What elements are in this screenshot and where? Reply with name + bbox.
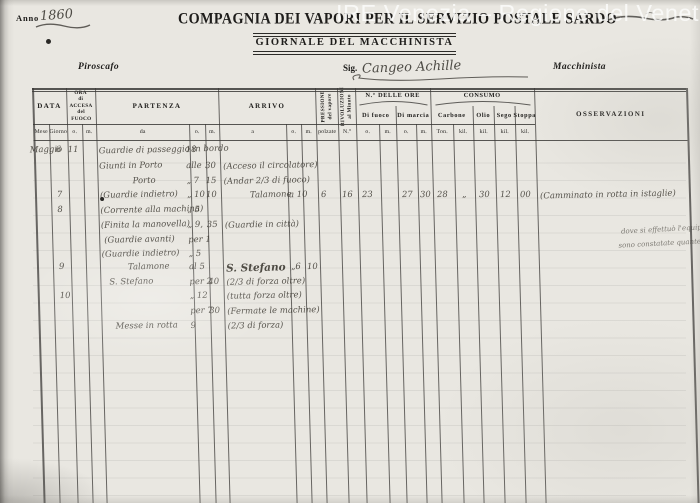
handwritten-entry: Porto	[132, 177, 155, 186]
col-carbone: Carbone	[431, 106, 474, 124]
ink-blot	[100, 197, 104, 201]
col-sego: Sego	[494, 106, 516, 124]
grid-vline	[49, 124, 60, 503]
handwritten-entry: Talamone	[128, 263, 170, 272]
unit-cell: kil.	[515, 124, 535, 140]
handwritten-entry: „ 10	[187, 191, 205, 200]
handwritten-entry: (Guardie in città)	[225, 220, 300, 230]
handwritten-entry: 23	[362, 191, 373, 200]
unit-cell: m.	[416, 124, 431, 140]
handwritten-entry: (2/3 di forza)	[227, 321, 283, 331]
signature-underline	[350, 72, 532, 84]
handwritten-entry: 7	[57, 191, 63, 200]
grid-hline	[32, 88, 686, 90]
unit-cell: o.	[67, 124, 82, 140]
handwritten-entry: 30	[479, 191, 490, 200]
handwritten-entry: (Andar 2/3 di fuoco)	[223, 176, 310, 186]
handwritten-entry: 6	[321, 191, 327, 200]
handwritten-entry: Guardie di passeggio in bordo	[99, 145, 229, 156]
handwritten-entry: 8	[57, 206, 63, 215]
handwritten-entry: 10	[307, 263, 318, 272]
col-partenza: PARTENZA	[95, 88, 219, 124]
handwritten-entry: 9	[59, 263, 65, 272]
unit-cell: o.	[189, 124, 205, 140]
col-ora-accesa: ORAdiACCESAdelFUOCO	[66, 88, 96, 124]
unit-cell: Mese	[33, 124, 49, 140]
handwritten-entry: 27	[402, 191, 413, 200]
handwritten-entry: 11	[68, 146, 79, 155]
handwritten-entry: S. Stefano	[226, 262, 286, 274]
handwritten-entry: (Acceso il circolatore)	[223, 161, 318, 171]
unit-cell: m.	[301, 124, 316, 140]
col-di-marcia: Di marcia	[396, 106, 432, 124]
handwritten-entry: 9	[190, 322, 196, 331]
handwritten-entry: (Guardie avanti)	[104, 235, 175, 245]
corner-flourish	[606, 10, 696, 26]
grid-vline	[686, 88, 699, 503]
scanned-ledger-page: Anno 1860 COMPAGNIA DEI VAPORI PER IL SE…	[0, 0, 700, 503]
margin-note: sono constatate quante alle 7	[618, 237, 700, 249]
handwritten-entry: 6	[56, 146, 62, 155]
handwritten-entry: 40	[208, 278, 219, 287]
handwritten-entry: „ 9,	[188, 221, 204, 230]
col-rivoluzioni: RIVOLUZIONIal Minuto	[337, 88, 356, 124]
grid-vline	[355, 88, 368, 503]
grid-vline	[416, 124, 427, 503]
handwritten-entry: 15	[205, 177, 216, 186]
handwritten-entry: (Guardie indietro)	[101, 249, 179, 259]
handwritten-entry: alle	[186, 162, 202, 171]
handwritten-entry: 30	[205, 162, 216, 171]
grid-vline	[494, 106, 506, 503]
grid-vline	[337, 88, 349, 503]
unit-cell: Giorno	[49, 124, 67, 140]
grid-hline	[32, 91, 686, 92]
brace-ore	[358, 100, 428, 107]
handwritten-entry: (tutta forza oltre)	[227, 291, 302, 301]
handwritten-entry: 16	[342, 191, 353, 200]
handwritten-entry: Messe in rotta	[115, 321, 178, 331]
handwritten-entry: (Guardie indietro)	[100, 190, 178, 200]
col-osservazioni: OSSERVAZIONI	[534, 88, 687, 140]
unit-cell: m.	[379, 124, 396, 140]
grid-vline	[315, 88, 328, 503]
handwritten-entry: 30	[209, 307, 220, 316]
handwritten-entry: 30	[420, 191, 431, 200]
unit-cell: N.°	[338, 124, 356, 140]
col-arrivo: ARRIVO	[218, 88, 316, 124]
grid-vline	[453, 124, 464, 503]
col-pressione: PRESSIONEdel vapore	[315, 88, 338, 124]
unit-cell: kil.	[473, 124, 494, 140]
unit-cell: o.	[356, 124, 379, 140]
company-title: COMPAGNIA DEI VAPORI PER IL SERVIZIO POS…	[178, 10, 524, 28]
handwritten-entry: al 5	[189, 263, 205, 272]
unit-cell: Ton.	[431, 124, 453, 140]
col-stoppa: Stoppa	[515, 106, 536, 124]
handwritten-entry: Talamone	[250, 191, 292, 200]
unit-cell: m.	[205, 124, 219, 140]
grid-vline	[515, 106, 527, 503]
handwritten-entry: 35	[207, 221, 218, 230]
grid-vline	[534, 88, 547, 503]
handwritten-entry: 12	[500, 191, 511, 200]
handwritten-entry: „	[462, 191, 467, 200]
unit-cell: kil.	[494, 124, 515, 140]
ink-blot	[46, 39, 51, 44]
handwritten-entry: (Camminato in rotta in istaglie)	[540, 190, 676, 201]
handwritten-entry: Giunti in Porto	[99, 161, 163, 171]
col-di-fuoco: Di fuoco	[356, 106, 397, 124]
unit-cell: o.	[396, 124, 416, 140]
grid-vline	[430, 88, 443, 503]
unit-cell: polzate	[316, 124, 338, 140]
handwritten-entry: (Finita la manovella)	[101, 220, 191, 230]
grid-vline	[396, 106, 408, 503]
handwritten-entry: 28	[437, 191, 448, 200]
grid-vline	[82, 124, 93, 503]
handwritten-entry: „ 7	[186, 177, 199, 186]
unit-cell: m.	[82, 124, 96, 140]
grid-vline	[379, 124, 390, 503]
grid-hline	[33, 140, 687, 141]
handwritten-entry: „ 5	[187, 206, 200, 215]
handwritten-entry: S. Stefano	[109, 278, 153, 287]
unit-cell: da	[96, 124, 189, 140]
handwritten-entry: 10	[60, 292, 71, 301]
anno-flourish	[34, 21, 92, 31]
margin-note: dove si effettuò l'equipaggio	[621, 223, 700, 235]
unit-cell: o.	[286, 124, 301, 140]
handwritten-entry: „ 5	[188, 250, 201, 259]
handwritten-entry: „ 12	[190, 292, 208, 301]
unit-cell: a	[219, 124, 286, 140]
brace-consumo	[434, 100, 531, 107]
col-data: DATA	[32, 88, 67, 124]
col-olio: Olio	[473, 106, 495, 124]
handwritten-entry: per 1	[188, 236, 211, 245]
handwritten-entry: (2/3 di forza oltre)	[226, 277, 305, 287]
handwritten-entry: 00	[520, 191, 531, 200]
handwritten-entry: 18	[186, 146, 197, 155]
handwritten-entry: (Fermate le machine)	[227, 306, 320, 316]
grid-vline	[473, 106, 485, 503]
grid-hline	[33, 124, 535, 125]
handwritten-entry: a 10	[289, 191, 308, 200]
handwritten-entry: 10	[206, 191, 217, 200]
handwritten-entry: „6	[291, 263, 301, 272]
unit-cell: kil.	[453, 124, 473, 140]
